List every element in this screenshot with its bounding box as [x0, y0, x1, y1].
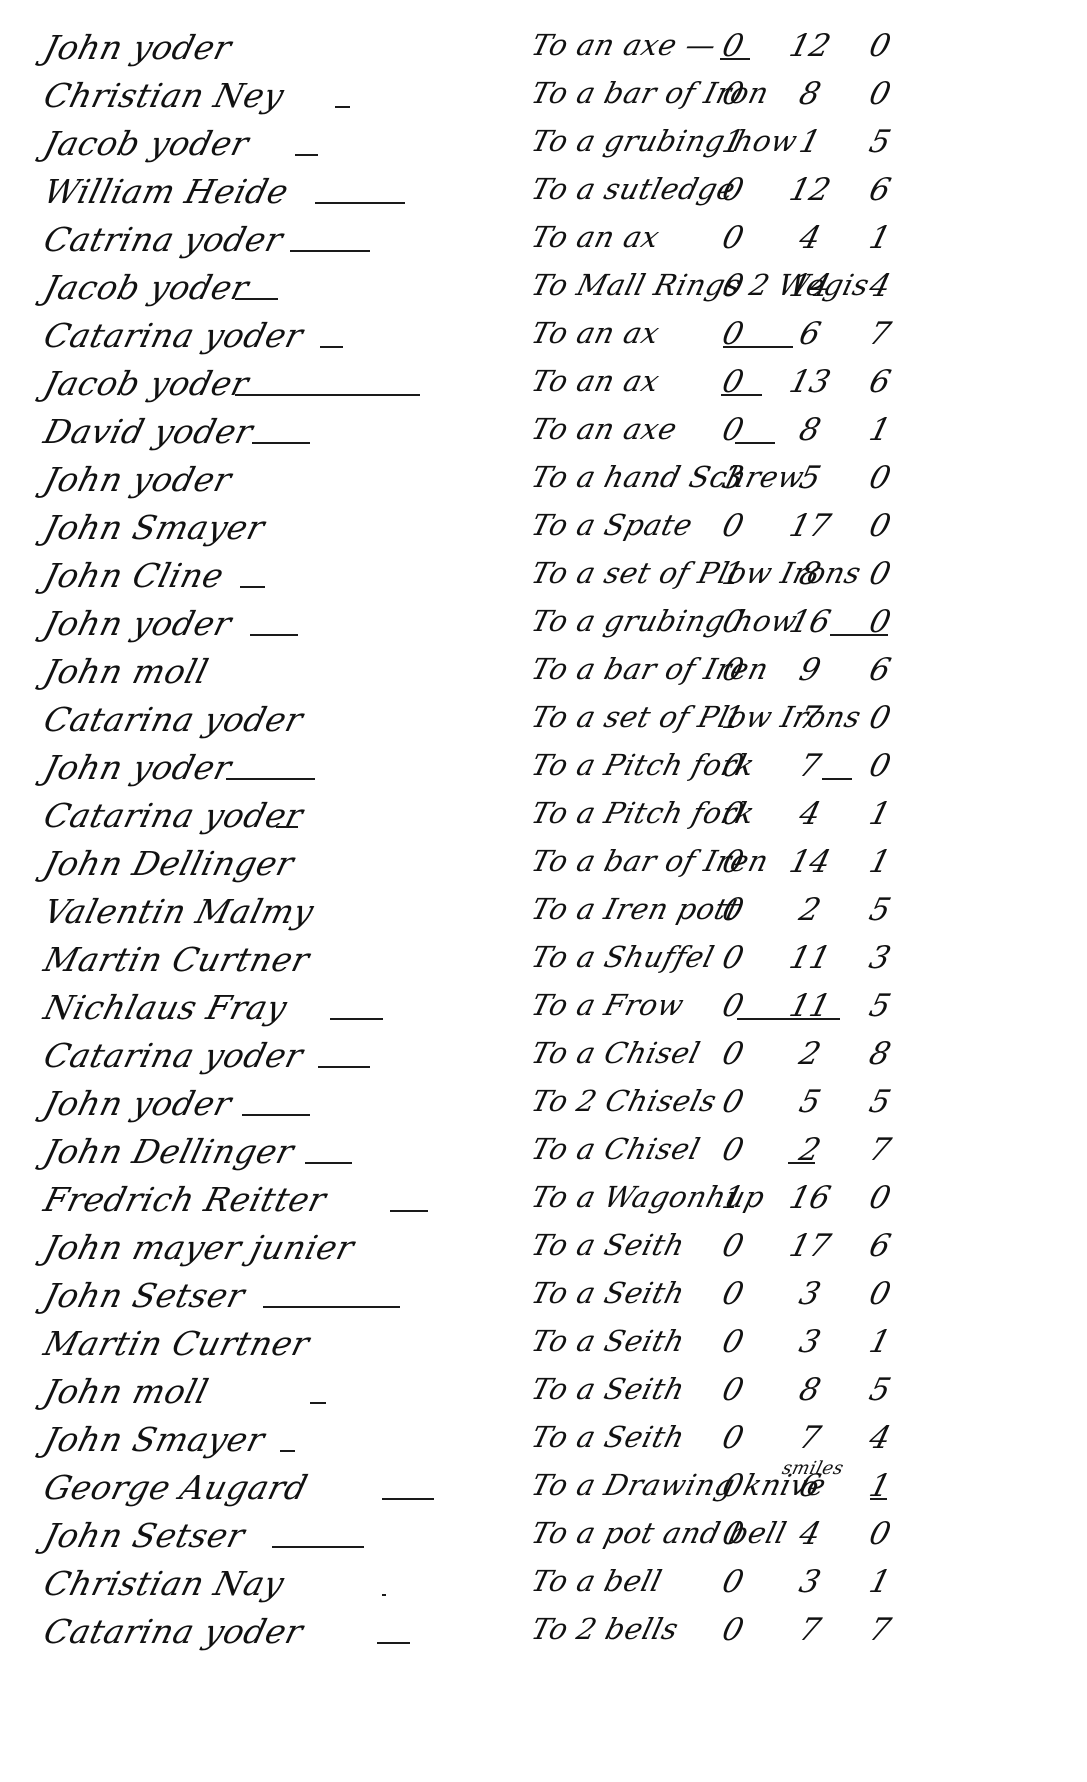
- customer-name: John yoder: [40, 1084, 236, 1123]
- customer-name: John Smayer: [40, 508, 269, 547]
- amount-pence: 7: [856, 1132, 905, 1168]
- filler-dash: [315, 202, 405, 204]
- amount-shillings: 13: [780, 364, 841, 400]
- amount-pounds: 0: [716, 1084, 751, 1120]
- customer-name: Christian Nay: [40, 1564, 288, 1603]
- filler-dash: [335, 106, 350, 108]
- amount-pounds: 0: [716, 1036, 751, 1072]
- ledger-row: John Smayer To a Seith 0 7 4: [0, 1420, 1087, 1468]
- filler-dash: [723, 346, 793, 348]
- ledger-row: John moll To a Seith 0 8 5: [0, 1372, 1087, 1420]
- ledger-row: Catarina yoder To a Chisel 0 2 8: [0, 1036, 1087, 1084]
- ledger-row: John mayer junier To a Seith 0 17 6: [0, 1228, 1087, 1276]
- filler-dash: [822, 778, 852, 780]
- ledger-row: Catarina yoder To a set of Plow Irons 1 …: [0, 700, 1087, 748]
- filler-dash: [377, 1642, 410, 1644]
- amount-shillings: 12: [780, 172, 841, 208]
- item-description: To an axe —: [528, 28, 720, 62]
- filler-dash: [252, 442, 310, 444]
- amount-shillings: 3: [780, 1276, 841, 1312]
- amount-shillings: 17: [780, 508, 841, 544]
- ledger-row: John yoder To a hand Schrew 3 5 0: [0, 460, 1087, 508]
- customer-name: David yoder: [40, 412, 257, 451]
- item-description: To a Seith: [528, 1372, 688, 1406]
- amount-shillings: 12: [780, 28, 841, 64]
- amount-pounds: 0: [716, 1420, 751, 1456]
- amount-pence: 0: [856, 460, 905, 496]
- filler-dash: [276, 826, 298, 828]
- ledger-row: John Smayer To a Spate 0 17 0: [0, 508, 1087, 556]
- customer-name: John Dellinger: [40, 1132, 298, 1171]
- ledger-row: Jacob yoder To an ax 0 13 6: [0, 364, 1087, 412]
- item-description: To a Iren pott: [528, 892, 743, 926]
- ledger-row: Christian Nay To a bell 0 3 1: [0, 1564, 1087, 1612]
- customer-name: John yoder: [40, 28, 236, 67]
- ledger-row: George Augard To a Drawing knive 0 6 1 s…: [0, 1468, 1087, 1516]
- ledger-row: Nichlaus Fray To a Frow 0 11 5: [0, 988, 1087, 1036]
- item-description: To 2 Chisels: [528, 1084, 720, 1118]
- superscript-note: smiles: [780, 1458, 846, 1479]
- customer-name: John Dellinger: [40, 844, 298, 883]
- amount-shillings: 7: [780, 700, 841, 736]
- amount-pence: 7: [856, 316, 905, 352]
- ledger-row: Martin Curtner To a Seith 0 3 1: [0, 1324, 1087, 1372]
- amount-pounds: 0: [716, 508, 751, 544]
- amount-shillings: 11: [780, 940, 841, 976]
- amount-pence: 1: [856, 220, 905, 256]
- amount-shillings: 8: [780, 412, 841, 448]
- amount-shillings: 3: [780, 1564, 841, 1600]
- ledger-row: John yoder To 2 Chisels 0 5 5: [0, 1084, 1087, 1132]
- ledger-row: Fredrich Reitter To a Wagonhup 1 16 0: [0, 1180, 1087, 1228]
- item-description: To an ax: [528, 364, 663, 398]
- amount-shillings: 14: [780, 844, 841, 880]
- customer-name: Catarina yoder: [40, 1612, 307, 1651]
- customer-name: Catarina yoder: [40, 796, 307, 835]
- amount-pounds: 0: [716, 1564, 751, 1600]
- item-description: To a pot and bell: [528, 1516, 790, 1550]
- amount-pounds: 0: [716, 1228, 751, 1264]
- amount-shillings: 8: [780, 556, 841, 592]
- amount-shillings: 5: [780, 1084, 841, 1120]
- amount-pence: 6: [856, 1228, 905, 1264]
- item-description: To a Frow: [528, 988, 688, 1022]
- amount-shillings: 9: [780, 652, 841, 688]
- filler-dash: [295, 154, 318, 156]
- ledger-row: Jacob yoder To a grubing how 1 1 5: [0, 124, 1087, 172]
- amount-pence: 0: [856, 508, 905, 544]
- customer-name: John moll: [40, 1372, 213, 1411]
- item-description: To a Seith: [528, 1228, 688, 1262]
- item-description: To a sutledge: [528, 172, 739, 206]
- customer-name: Nichlaus Fray: [40, 988, 291, 1027]
- customer-name: George Augard: [40, 1468, 312, 1507]
- customer-name: William Heide: [40, 172, 293, 211]
- ledger-row: Catarina yoder To a Pitch fork 0 4 1: [0, 796, 1087, 844]
- amount-shillings: 8: [780, 1372, 841, 1408]
- item-description: To a Chisel: [528, 1132, 704, 1166]
- customer-name: John Setser: [40, 1276, 249, 1315]
- filler-dash: [290, 250, 370, 252]
- customer-name: Jacob yoder: [40, 268, 253, 307]
- filler-dash: [382, 1498, 434, 1500]
- customer-name: Fredrich Reitter: [40, 1180, 330, 1219]
- ledger-row: Catarina yoder To 2 bells 0 7 7: [0, 1612, 1087, 1660]
- filler-dash: [242, 1114, 310, 1116]
- item-description: To an ax: [528, 220, 663, 254]
- filler-dash: [330, 1018, 383, 1020]
- amount-pence: 3: [856, 940, 905, 976]
- filler-dash: [272, 1546, 364, 1548]
- amount-pence: 1: [856, 1564, 905, 1600]
- amount-pence: 0: [856, 76, 905, 112]
- amount-pence: 6: [856, 364, 905, 400]
- filler-dash: [737, 1018, 840, 1020]
- ledger-row: John yoder To a grubing how 0 16 0: [0, 604, 1087, 652]
- customer-name: John moll: [40, 652, 213, 691]
- amount-shillings: 4: [780, 220, 841, 256]
- filler-dash: [721, 394, 762, 396]
- amount-shillings: 7: [780, 1420, 841, 1456]
- amount-pounds: 0: [716, 1276, 751, 1312]
- ledger-row: Catarina yoder To an ax 0 6 7: [0, 316, 1087, 364]
- amount-shillings: 16: [780, 1180, 841, 1216]
- filler-dash: [735, 442, 775, 444]
- item-description: To a Spate: [528, 508, 696, 542]
- item-description: To a hand Schrew: [528, 460, 808, 494]
- ledger-row: John yoder To a Pitch fork 0 7 0: [0, 748, 1087, 796]
- ledger-row: John moll To a bar of Iren 0 9 6: [0, 652, 1087, 700]
- amount-pence: 6: [856, 172, 905, 208]
- filler-dash: [870, 1498, 887, 1500]
- amount-shillings: 8: [780, 76, 841, 112]
- item-description: To a Seith: [528, 1276, 688, 1310]
- customer-name: Jacob yoder: [40, 124, 253, 163]
- amount-pounds: 0: [716, 220, 751, 256]
- amount-pence: 0: [856, 700, 905, 736]
- item-description: To a Seith: [528, 1324, 688, 1358]
- ledger-row: John Cline To a set of Plow Irons 1 8 0: [0, 556, 1087, 604]
- filler-dash: [250, 634, 298, 636]
- item-description: To an axe: [528, 412, 681, 446]
- customer-name: Catarina yoder: [40, 700, 307, 739]
- amount-pounds: 0: [716, 1372, 751, 1408]
- amount-pence: 5: [856, 1372, 905, 1408]
- ledger-row: Christian Ney To a bar of Iron 0 8 0: [0, 76, 1087, 124]
- ledger-row: John Dellinger To a bar of Iren 0 14 1: [0, 844, 1087, 892]
- amount-pence: 1: [856, 1324, 905, 1360]
- amount-shillings: 3: [780, 1324, 841, 1360]
- customer-name: John Setser: [40, 1516, 249, 1555]
- filler-dash: [720, 58, 750, 60]
- customer-name: John Cline: [40, 556, 228, 595]
- ledger-row: William Heide To a sutledge 0 12 6: [0, 172, 1087, 220]
- amount-pence: 5: [856, 1084, 905, 1120]
- filler-dash: [830, 634, 888, 636]
- ledger-row: John Setser To a Seith 0 3 0: [0, 1276, 1087, 1324]
- filler-dash: [788, 1162, 815, 1164]
- amount-shillings: 14: [780, 268, 841, 304]
- ledger-row: Jacob yoder To Mall Rings 2 Wegis 0 14 4: [0, 268, 1087, 316]
- amount-shillings: 4: [780, 1516, 841, 1552]
- amount-pence: 4: [856, 268, 905, 304]
- amount-pence: 0: [856, 28, 905, 64]
- amount-shillings: 5: [780, 460, 841, 496]
- customer-name: Christian Ney: [40, 76, 288, 115]
- amount-pence: 0: [856, 1180, 905, 1216]
- ledger-row: David yoder To an axe 0 8 1: [0, 412, 1087, 460]
- amount-shillings: 7: [780, 1612, 841, 1648]
- amount-pence: 5: [856, 988, 905, 1024]
- amount-pence: 4: [856, 1420, 905, 1456]
- filler-dash: [318, 1066, 370, 1068]
- filler-dash: [280, 1450, 295, 1452]
- item-description: To a grubing how: [528, 604, 801, 638]
- item-description: To a Seith: [528, 1420, 688, 1454]
- amount-pence: 1: [856, 796, 905, 832]
- ledger-row: John Dellinger To a Chisel 0 2 7: [0, 1132, 1087, 1180]
- customer-name: Catarina yoder: [40, 316, 307, 355]
- amount-pence: 5: [856, 124, 905, 160]
- customer-name: John Smayer: [40, 1420, 269, 1459]
- customer-name: Valentin Malmy: [40, 892, 318, 931]
- amount-shillings: 4: [780, 796, 841, 832]
- amount-pence: 6: [856, 652, 905, 688]
- customer-name: John yoder: [40, 748, 236, 787]
- filler-dash: [382, 1594, 386, 1596]
- filler-dash: [390, 1210, 428, 1212]
- amount-pence: 5: [856, 892, 905, 928]
- customer-name: John mayer junier: [40, 1228, 358, 1267]
- item-description: To a Shuffel: [528, 940, 718, 974]
- amount-shillings: 2: [780, 892, 841, 928]
- filler-dash: [263, 1306, 400, 1308]
- amount-pounds: 0: [716, 1612, 751, 1648]
- amount-pence: 0: [856, 748, 905, 784]
- filler-dash: [240, 586, 265, 588]
- customer-name: Martin Curtner: [40, 1324, 314, 1363]
- ledger-row: John yoder To an axe — 0 12 0: [0, 28, 1087, 76]
- amount-pence: 0: [856, 1276, 905, 1312]
- filler-dash: [226, 778, 315, 780]
- amount-pence: 1: [856, 412, 905, 448]
- item-description: To a grubing how: [528, 124, 801, 158]
- amount-shillings: 1: [780, 124, 841, 160]
- ledger-row: John Setser To a pot and bell 0 4 0: [0, 1516, 1087, 1564]
- ledger-row: Martin Curtner To a Shuffel 0 11 3: [0, 940, 1087, 988]
- amount-pence: 8: [856, 1036, 905, 1072]
- filler-dash: [310, 1402, 326, 1404]
- filler-dash: [235, 394, 420, 396]
- item-description: To a Chisel: [528, 1036, 704, 1070]
- customer-name: Jacob yoder: [40, 364, 253, 403]
- amount-pence: 1: [856, 844, 905, 880]
- customer-name: John yoder: [40, 604, 236, 643]
- amount-shillings: 17: [780, 1228, 841, 1264]
- ledger-page: John yoder To an axe — 0 12 0 Christian …: [0, 0, 1087, 1782]
- amount-pence: 7: [856, 1612, 905, 1648]
- filler-dash: [305, 1162, 352, 1164]
- amount-pence: 0: [856, 1516, 905, 1552]
- item-description: To 2 bells: [528, 1612, 682, 1646]
- ledger-row: Valentin Malmy To a Iren pott 0 2 5: [0, 892, 1087, 940]
- ledger-row: Catrina yoder To an ax 0 4 1: [0, 220, 1087, 268]
- amount-pence: 0: [856, 556, 905, 592]
- filler-dash: [235, 298, 278, 300]
- filler-dash: [320, 346, 343, 348]
- amount-pounds: 0: [716, 1132, 751, 1168]
- customer-name: John yoder: [40, 460, 236, 499]
- item-description: To a bell: [528, 1564, 666, 1598]
- customer-name: Catrina yoder: [40, 220, 287, 259]
- customer-name: Martin Curtner: [40, 940, 314, 979]
- item-description: To an ax: [528, 316, 663, 350]
- amount-pounds: 0: [716, 1324, 751, 1360]
- amount-pounds: 0: [716, 940, 751, 976]
- amount-shillings: 2: [780, 1036, 841, 1072]
- customer-name: Catarina yoder: [40, 1036, 307, 1075]
